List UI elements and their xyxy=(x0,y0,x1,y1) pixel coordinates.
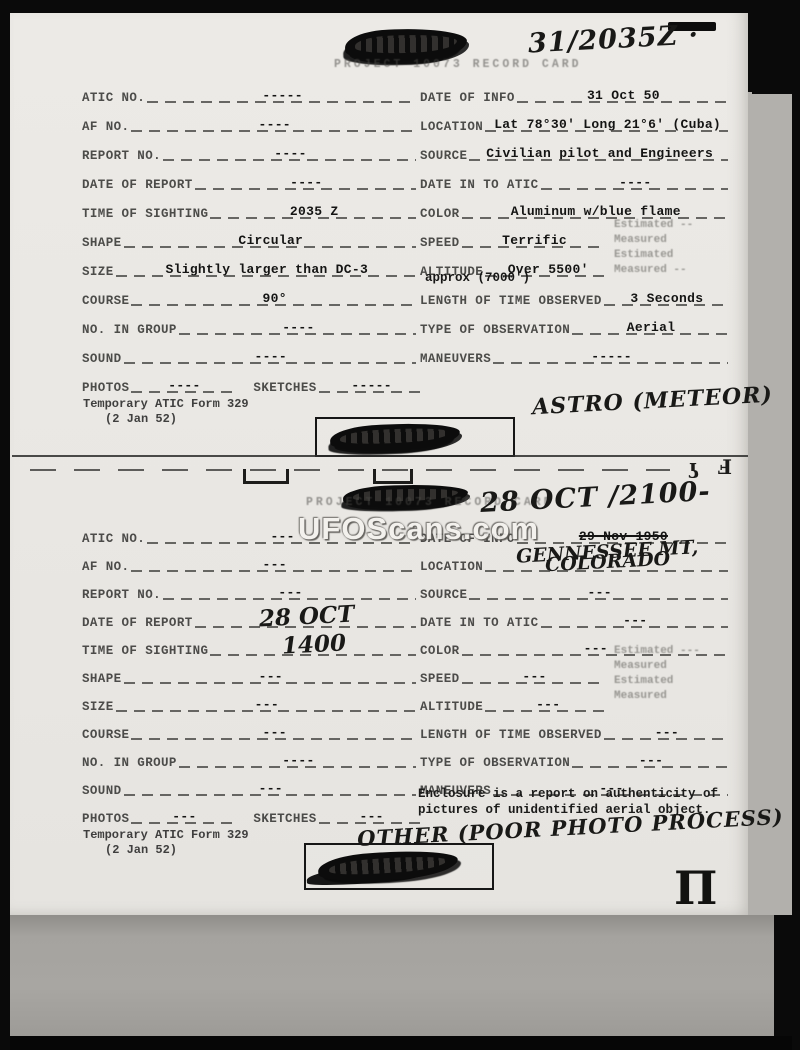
field-value: 90° xyxy=(263,291,287,306)
field-value: ---- xyxy=(290,175,322,190)
field-label: LOCATION xyxy=(420,120,483,134)
form-number: Temporary ATIC Form 329 xyxy=(83,397,249,412)
scan-border xyxy=(0,0,800,13)
field-label: NO. IN GROUP xyxy=(82,323,177,337)
field-value: --- xyxy=(255,697,279,712)
form-row: AF NO.--- LOCATIONGENNESSEE MT, COLORADO xyxy=(82,546,732,574)
handwritten-field-value: 28 OCT xyxy=(258,610,354,625)
field-label: AF NO. xyxy=(82,120,129,134)
ink-hook-mark: Ⅎ xyxy=(718,455,732,479)
enclosure-note-line1: Enclosure is a report on authenticity of xyxy=(418,786,718,802)
field-label: SIZE xyxy=(82,265,114,279)
field-value: --- xyxy=(522,669,546,684)
field-label: SKETCHES xyxy=(253,381,316,395)
form-row: REPORT NO.---- SOURCECivilian pilot and … xyxy=(82,134,732,163)
card-notch xyxy=(373,469,413,484)
field-value: 2035 Z xyxy=(290,204,339,219)
flag-label: Estimated -- xyxy=(614,219,764,234)
field-value: --- xyxy=(359,809,383,824)
card-edge-line xyxy=(12,455,748,457)
field-value: --- xyxy=(536,697,560,712)
field-value: --- xyxy=(172,809,196,824)
form-row: REPORT NO.--- SOURCE--- xyxy=(82,574,732,602)
form-row: COURSE90° LENGTH OF TIME OBSERVED3 Secon… xyxy=(82,279,732,308)
form-row: DATE OF REPORT---- DATE IN TO ATIC---- xyxy=(82,163,732,192)
field-label: SPEED xyxy=(420,672,460,686)
field-label: DATE OF INFO xyxy=(420,91,515,105)
field-label: TIME OF SIGHTING xyxy=(82,644,208,658)
field-value: ---- xyxy=(282,753,314,768)
field-value: --- xyxy=(263,557,287,572)
field-value: --- xyxy=(278,585,302,600)
field-value: 3 Seconds xyxy=(630,291,703,306)
form-footer: Temporary ATIC Form 329 (2 Jan 52) xyxy=(83,828,249,858)
field-value: --- xyxy=(639,753,663,768)
field-value: Aerial xyxy=(627,320,676,335)
field-label: SOUND xyxy=(82,784,122,798)
form-row: AF NO.---- LOCATIONLat 78°30' Long 21°6'… xyxy=(82,105,732,134)
field-value: Aluminum w/blue flame xyxy=(511,204,681,219)
field-value: --- xyxy=(655,725,679,740)
field-value: --- xyxy=(623,613,647,628)
flag-label: Estimated xyxy=(614,249,764,264)
field-value: --- xyxy=(584,641,608,656)
field-label: PHOTOS xyxy=(82,812,129,826)
scanner-backing xyxy=(8,915,774,1036)
field-label: COURSE xyxy=(82,728,129,742)
field-label: PHOTOS xyxy=(82,381,129,395)
estimate-measure-flags: Estimated -- Measured Estimated Measured… xyxy=(614,219,764,279)
field-value: ---- xyxy=(282,320,314,335)
field-value: ---- xyxy=(255,349,287,364)
field-label: REPORT NO. xyxy=(82,588,161,602)
field-value: --- xyxy=(588,585,612,600)
form-row: NO. IN GROUP---- TYPE OF OBSERVATION--- xyxy=(82,742,732,770)
field-label: LOCATION xyxy=(420,560,483,574)
field-value: ---- xyxy=(259,117,291,132)
field-label: DATE OF REPORT xyxy=(82,616,193,630)
field-label: COLOR xyxy=(420,207,460,221)
form-row: TIME OF SIGHTING2035 Z COLORAluminum w/b… xyxy=(82,192,732,221)
scan-border xyxy=(0,0,10,1050)
field-label: AF NO. xyxy=(82,560,129,574)
pi-ink-mark: Π xyxy=(674,868,717,908)
field-value: ---- xyxy=(168,378,200,393)
field-label: DATE IN TO ATIC xyxy=(420,178,539,192)
field-label: TYPE OF OBSERVATION xyxy=(420,323,570,337)
field-label: SOURCE xyxy=(420,149,467,163)
card-title: PROJECT 10073 RECORD CARD xyxy=(334,58,582,71)
field-value: Circular xyxy=(238,233,303,248)
field-value: --- xyxy=(259,781,283,796)
field-label: DATE OF REPORT xyxy=(82,178,193,192)
field-value: ----- xyxy=(591,349,632,364)
field-label: LENGTH OF TIME OBSERVED xyxy=(420,728,602,742)
flag-label: Measured xyxy=(614,234,764,249)
form-row: SOUND---- MANEUVERS----- xyxy=(82,337,732,366)
field-label: NO. IN GROUP xyxy=(82,756,177,770)
field-label: DATE IN TO ATIC xyxy=(420,616,539,630)
scanner-backing-right xyxy=(748,92,792,915)
field-label: TYPE OF OBSERVATION xyxy=(420,756,570,770)
watermark: UFOScans.com xyxy=(298,511,539,547)
card-notch xyxy=(243,469,289,484)
field-label: MANEUVERS xyxy=(420,352,491,366)
field-value: Slightly larger than DC-3 xyxy=(166,262,369,277)
field-value: ---- xyxy=(619,175,651,190)
field-label: SOURCE xyxy=(420,588,467,602)
scanned-document: PROJECT 10073 RECORD CARD 31/2035Z · ATI… xyxy=(0,0,800,1050)
estimate-measure-flags: Estimated --- Measured Estimated Measure… xyxy=(614,645,764,705)
field-label: SIZE xyxy=(82,700,114,714)
flag-label: Measured xyxy=(614,690,764,705)
field-label: SKETCHES xyxy=(253,812,316,826)
field-value: Terrific xyxy=(502,233,567,248)
field-label: TIME OF SIGHTING xyxy=(82,207,208,221)
field-value: Civilian pilot and Engineers xyxy=(486,146,713,161)
card-edge-dashes xyxy=(30,469,670,471)
form-row: NO. IN GROUP---- TYPE OF OBSERVATIONAeri… xyxy=(82,308,732,337)
field-value: --- xyxy=(270,529,294,544)
field-label: SPEED xyxy=(420,236,460,250)
field-label: COLOR xyxy=(420,644,460,658)
flag-label: Measured xyxy=(614,660,764,675)
form-row: ATIC NO.----- DATE OF INFO31 Oct 50 xyxy=(82,76,732,105)
field-label: ATIC NO. xyxy=(82,91,145,105)
field-label: ATIC NO. xyxy=(82,532,145,546)
flag-label: Estimated xyxy=(614,675,764,690)
field-label: COURSE xyxy=(82,294,129,308)
form-row: DATE OF REPORT28 OCT DATE IN TO ATIC--- xyxy=(82,602,732,630)
field-value: 31 Oct 50 xyxy=(587,88,660,103)
form-date: (2 Jan 52) xyxy=(83,412,249,427)
scan-border xyxy=(792,0,800,1050)
field-value: ----- xyxy=(262,88,303,103)
handwritten-field-value: 1400 xyxy=(282,638,346,651)
flag-label: Measured -- xyxy=(614,264,764,279)
field-label: LENGTH OF TIME OBSERVED xyxy=(420,294,602,308)
form-date: (2 Jan 52) xyxy=(83,843,249,858)
field-value: ----- xyxy=(351,378,392,393)
field-value: Lat 78°30' Long 21°6' (Cuba) xyxy=(494,117,721,132)
field-label: ALTITUDE xyxy=(420,700,483,714)
field-value: --- xyxy=(263,725,287,740)
form-footer: Temporary ATIC Form 329 (2 Jan 52) xyxy=(83,397,249,427)
altitude-subline: approx (7000') xyxy=(425,271,530,285)
scan-border xyxy=(0,1036,800,1050)
field-label: SHAPE xyxy=(82,236,122,250)
form-row: COURSE--- LENGTH OF TIME OBSERVED--- xyxy=(82,714,732,742)
field-label: REPORT NO. xyxy=(82,149,161,163)
field-value: ---- xyxy=(274,146,306,161)
field-value: --- xyxy=(259,669,283,684)
form-number: Temporary ATIC Form 329 xyxy=(83,828,249,843)
flag-label: Estimated --- xyxy=(614,645,764,660)
field-label: SHAPE xyxy=(82,672,122,686)
field-label: SOUND xyxy=(82,352,122,366)
